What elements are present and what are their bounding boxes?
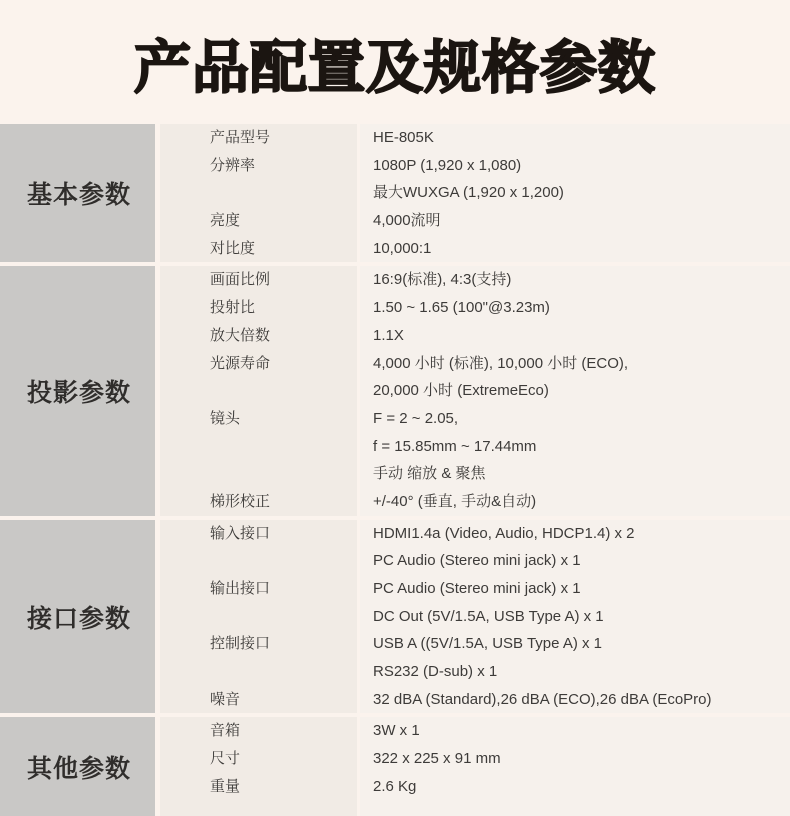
row-value: 手动 缩放 & 聚焦 bbox=[373, 460, 790, 488]
row-label bbox=[210, 377, 357, 405]
row-label: 音箱 bbox=[210, 717, 357, 745]
row-label: 光源寿命 bbox=[210, 350, 357, 378]
row-value: 1080P (1,920 x 1,080) bbox=[373, 152, 790, 180]
row-label: 对比度 bbox=[210, 235, 357, 263]
row-label bbox=[210, 603, 357, 631]
row-label: 输入接口 bbox=[210, 520, 357, 548]
row-label: 尺寸 bbox=[210, 745, 357, 773]
spec-section: 其他参数 音箱尺寸重量 3W x 1322 x 225 x 91 mm2.6 K… bbox=[0, 717, 790, 816]
label-column: 画面比例投射比放大倍数光源寿命镜头梯形校正 bbox=[160, 266, 357, 515]
row-value: PC Audio (Stereo mini jack) x 1 bbox=[373, 547, 790, 575]
row-value: 4,000流明 bbox=[373, 207, 790, 235]
row-label: 重量 bbox=[210, 773, 357, 801]
label-column: 音箱尺寸重量 bbox=[160, 717, 357, 816]
row-label: 产品型号 bbox=[210, 124, 357, 152]
row-label: 噪音 bbox=[210, 686, 357, 714]
section-header-cell: 投影参数 bbox=[0, 266, 155, 515]
section-header-cell: 基本参数 bbox=[0, 124, 155, 262]
value-column: HDMI1.4a (Video, Audio, HDCP1.4) x 2PC A… bbox=[360, 520, 790, 714]
value-column: 3W x 1322 x 225 x 91 mm2.6 Kg bbox=[360, 717, 790, 816]
page-title: 产品配置及规格参数 bbox=[134, 20, 656, 104]
row-value: f = 15.85mm ~ 17.44mm bbox=[373, 433, 790, 461]
row-value: F = 2 ~ 2.05, bbox=[373, 405, 790, 433]
row-value: 322 x 225 x 91 mm bbox=[373, 745, 790, 773]
section-title: 其他参数 bbox=[27, 749, 131, 785]
spec-section: 投影参数 画面比例投射比放大倍数光源寿命镜头梯形校正 16:9(标准), 4:3… bbox=[0, 266, 790, 515]
row-label: 镜头 bbox=[210, 405, 357, 433]
spec-section: 基本参数 产品型号分辨率亮度对比度 HE-805K1080P (1,920 x … bbox=[0, 124, 790, 262]
row-value: HDMI1.4a (Video, Audio, HDCP1.4) x 2 bbox=[373, 520, 790, 548]
row-value: 16:9(标准), 4:3(支持) bbox=[373, 266, 790, 294]
row-value: +/-40° (垂直, 手动&自动) bbox=[373, 488, 790, 516]
row-label: 投射比 bbox=[210, 294, 357, 322]
page-header: 产品配置及规格参数 bbox=[0, 0, 790, 124]
row-value: 最大WUXGA (1,920 x 1,200) bbox=[373, 179, 790, 207]
row-value: 4,000 小时 (标准), 10,000 小时 (ECO), bbox=[373, 350, 790, 378]
spec-section: 接口参数 输入接口输出接口控制接口噪音 HDMI1.4a (Video, Aud… bbox=[0, 520, 790, 714]
row-label: 输出接口 bbox=[210, 575, 357, 603]
section-title: 投影参数 bbox=[27, 373, 131, 409]
section-header-cell: 接口参数 bbox=[0, 520, 155, 714]
section-title: 接口参数 bbox=[27, 599, 131, 635]
row-label: 画面比例 bbox=[210, 266, 357, 294]
row-value: 1.50 ~ 1.65 (100"@3.23m) bbox=[373, 294, 790, 322]
row-label bbox=[210, 658, 357, 686]
row-label: 分辨率 bbox=[210, 152, 357, 180]
row-value: 2.6 Kg bbox=[373, 773, 790, 801]
row-value: HE-805K bbox=[373, 124, 790, 152]
row-label: 控制接口 bbox=[210, 630, 357, 658]
row-value: 10,000:1 bbox=[373, 235, 790, 263]
value-column: HE-805K1080P (1,920 x 1,080)最大WUXGA (1,9… bbox=[360, 124, 790, 262]
spec-table: 基本参数 产品型号分辨率亮度对比度 HE-805K1080P (1,920 x … bbox=[0, 124, 790, 816]
row-label bbox=[210, 547, 357, 575]
row-value: 20,000 小时 (ExtremeEco) bbox=[373, 377, 790, 405]
value-column: 16:9(标准), 4:3(支持)1.50 ~ 1.65 (100"@3.23m… bbox=[360, 266, 790, 515]
row-value: RS232 (D-sub) x 1 bbox=[373, 658, 790, 686]
row-label: 亮度 bbox=[210, 207, 357, 235]
row-value: DC Out (5V/1.5A, USB Type A) x 1 bbox=[373, 603, 790, 631]
row-value: 32 dBA (Standard),26 dBA (ECO),26 dBA (E… bbox=[373, 686, 790, 714]
row-label bbox=[210, 460, 357, 488]
label-column: 输入接口输出接口控制接口噪音 bbox=[160, 520, 357, 714]
row-label bbox=[210, 433, 357, 461]
row-label bbox=[210, 179, 357, 207]
row-value: 1.1X bbox=[373, 322, 790, 350]
section-header-cell: 其他参数 bbox=[0, 717, 155, 816]
row-value: USB A ((5V/1.5A, USB Type A) x 1 bbox=[373, 630, 790, 658]
row-value: 3W x 1 bbox=[373, 717, 790, 745]
row-label: 放大倍数 bbox=[210, 322, 357, 350]
row-label: 梯形校正 bbox=[210, 488, 357, 516]
row-value: PC Audio (Stereo mini jack) x 1 bbox=[373, 575, 790, 603]
spec-page: 产品配置及规格参数 基本参数 产品型号分辨率亮度对比度 HE-805K1080P… bbox=[0, 0, 790, 816]
section-title: 基本参数 bbox=[27, 175, 131, 211]
label-column: 产品型号分辨率亮度对比度 bbox=[160, 124, 357, 262]
